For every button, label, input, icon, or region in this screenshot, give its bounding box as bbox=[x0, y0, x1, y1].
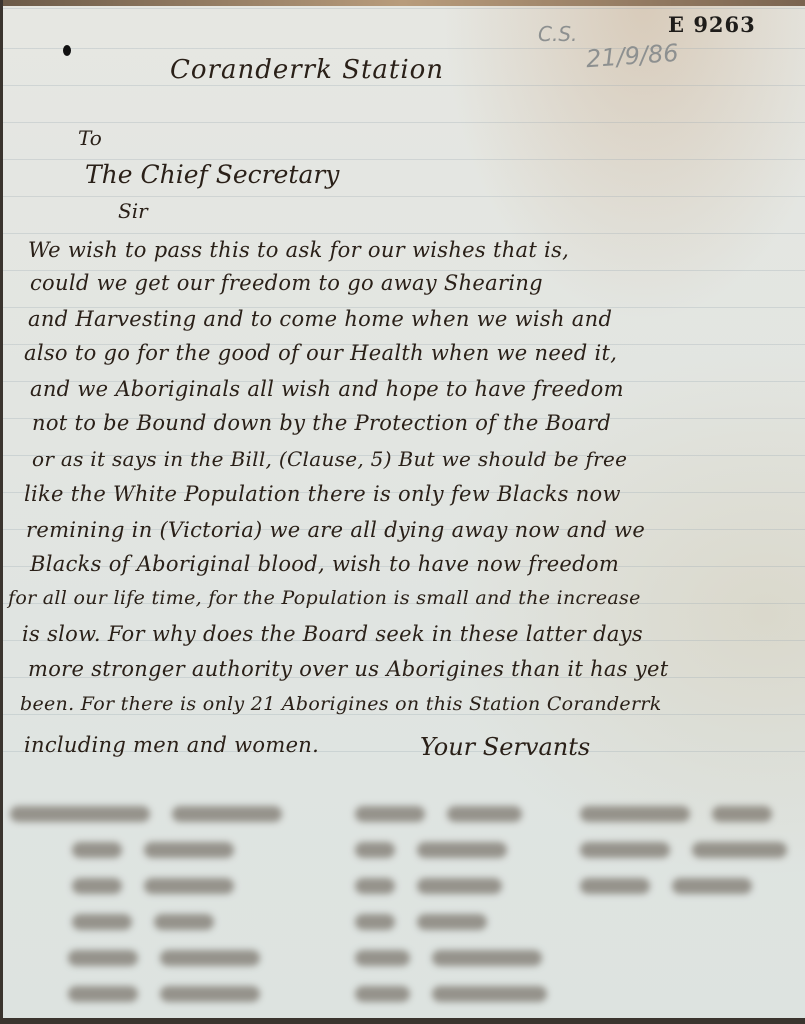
body-line: or as it says in the Bill, (Clause, 5) B… bbox=[32, 447, 627, 471]
signature-row bbox=[355, 796, 547, 832]
letter-page: E 9263 C.S. 21/9/86 Coranderrk Station T… bbox=[0, 0, 805, 1024]
recipient: The Chief Secretary bbox=[85, 160, 339, 189]
bottom-paper-edge bbox=[0, 1018, 805, 1024]
signature-row bbox=[580, 796, 787, 832]
body-line: like the White Population there is only … bbox=[24, 482, 621, 506]
punch-hole-mark bbox=[63, 45, 71, 56]
body-line: for all our life time, for the Populatio… bbox=[8, 587, 641, 609]
pencil-initials: C.S. bbox=[538, 22, 577, 46]
body-line: could we get our freedom to go away Shea… bbox=[30, 271, 543, 295]
body-line: Blacks of Aboriginal blood, wish to have… bbox=[30, 552, 619, 576]
signature-row bbox=[10, 940, 282, 976]
signature-row bbox=[10, 832, 282, 868]
body-line: been. For there is only 21 Aborigines on… bbox=[20, 693, 662, 715]
signature-row bbox=[355, 832, 547, 868]
body-line: including men and women. bbox=[24, 733, 319, 757]
body-line: and Harvesting and to come home when we … bbox=[28, 307, 612, 331]
body-line: not to be Bound down by the Protection o… bbox=[32, 411, 611, 435]
signature-column bbox=[10, 796, 282, 1012]
body-line: is slow. For why does the Board seek in … bbox=[22, 622, 643, 646]
salutation: Sir bbox=[118, 199, 148, 223]
body-line: remining in (Victoria) we are all dying … bbox=[26, 518, 645, 542]
signature-row bbox=[10, 976, 282, 1012]
signature-column bbox=[580, 796, 787, 904]
recipient-to: To bbox=[78, 126, 102, 150]
letter-heading: Coranderrk Station bbox=[170, 55, 444, 85]
top-paper-edge bbox=[0, 0, 805, 6]
signature-column bbox=[355, 796, 547, 1012]
signature-row bbox=[355, 868, 547, 904]
body-line: also to go for the good of our Health wh… bbox=[24, 341, 617, 365]
signature-row bbox=[355, 940, 547, 976]
closing: Your Servants bbox=[420, 733, 590, 761]
body-line: more stronger authority over us Aborigin… bbox=[28, 657, 668, 681]
signature-row bbox=[355, 904, 547, 940]
signature-row bbox=[10, 868, 282, 904]
reference-stamp: E 9263 bbox=[668, 12, 756, 37]
body-line: We wish to pass this to ask for our wish… bbox=[28, 238, 569, 262]
body-line: and we Aboriginals all wish and hope to … bbox=[30, 377, 624, 401]
signature-row bbox=[580, 868, 787, 904]
signature-row bbox=[10, 796, 282, 832]
signature-row bbox=[355, 976, 547, 1012]
signature-row bbox=[580, 832, 787, 868]
signature-block-blurred bbox=[0, 782, 805, 1018]
signature-row bbox=[10, 904, 282, 940]
